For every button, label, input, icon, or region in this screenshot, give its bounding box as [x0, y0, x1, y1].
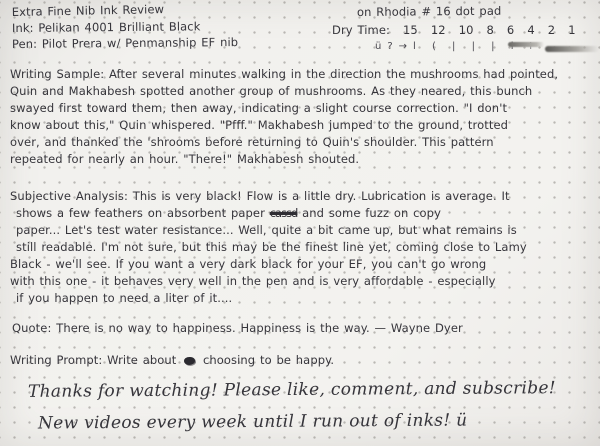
handwritten-line: Black - we'll see. If you want a very da…: [10, 256, 527, 273]
handwritten-line: paper... Let's test water resistance... …: [10, 222, 527, 239]
subjective-analysis-paragraph: Subjective Analysis: This is very black!…: [10, 188, 527, 307]
dry-time-value: 12: [431, 22, 446, 39]
handwritten-text: and some fuzz on copy: [302, 206, 441, 220]
handwritten-line: with this one - it behaves very well in …: [10, 273, 527, 290]
handwritten-line: still readable. I'm not sure, but this m…: [10, 239, 527, 256]
ink-smear: [545, 46, 599, 52]
handwritten-line: swayed first toward them, then away, ind…: [10, 100, 558, 117]
handwritten-text: shows a few feathers on absorbent paper: [16, 206, 265, 220]
handwritten-line: Subjective Analysis: This is very black!…: [10, 188, 527, 205]
handwritten-text: choosing to be happy.: [203, 353, 334, 367]
pen-name-line: Pen: Pilot Prera w/ Penmanship EF nib: [12, 34, 238, 53]
dry-time-value: 8: [487, 22, 494, 39]
dry-time-value: 6: [507, 22, 514, 39]
ink-smear: [508, 42, 544, 47]
handwritten-line: Quin and Makhabesh spotted another group…: [10, 83, 558, 100]
quote-line: Quote: There is no way to happiness. Hap…: [12, 320, 463, 337]
outro-videos-line: New videos every week until I run out of…: [38, 411, 468, 434]
dry-time-value: 1: [568, 22, 575, 39]
handwritten-line: shows a few feathers on absorbent paper …: [10, 205, 527, 222]
handwritten-line: over, and thanked the 'shrooms before re…: [10, 134, 558, 151]
handwritten-ink-review-page: Extra Fine Nib Ink Review Ink: Pelikan 4…: [0, 0, 600, 446]
dry-time-value: 2: [548, 22, 555, 39]
dry-time-row: Dry Time: 15 12 10 8 6 4 2 1: [332, 22, 576, 39]
handwritten-line: if you happen to need a liter of it....: [10, 290, 527, 307]
handwritten-line: repeated for nearly an hour. "There!" Ma…: [10, 151, 558, 168]
outro-thanks-line: Thanks for watching! Please like, commen…: [28, 378, 556, 402]
paper-name-line: on Rhodia # 16 dot pad: [357, 3, 502, 21]
handwritten-text: Writing Prompt: Write about: [10, 353, 176, 367]
handwritten-line: Writing Sample: After several minutes wa…: [10, 66, 558, 83]
scribbled-out-word: cassd: [270, 206, 298, 220]
ink-blot-scribble: [184, 357, 195, 365]
handwritten-line: know about this," Quin whispered. "Pfff.…: [10, 117, 558, 134]
dry-time-value: 15: [403, 22, 418, 39]
dry-time-value: 10: [459, 22, 474, 39]
dry-time-value: 4: [527, 22, 534, 39]
writing-prompt-line: Writing Prompt: Write about choosing to …: [10, 352, 334, 369]
writing-sample-paragraph: Writing Sample: After several minutes wa…: [10, 66, 558, 168]
dry-time-label: Dry Time:: [332, 22, 390, 39]
